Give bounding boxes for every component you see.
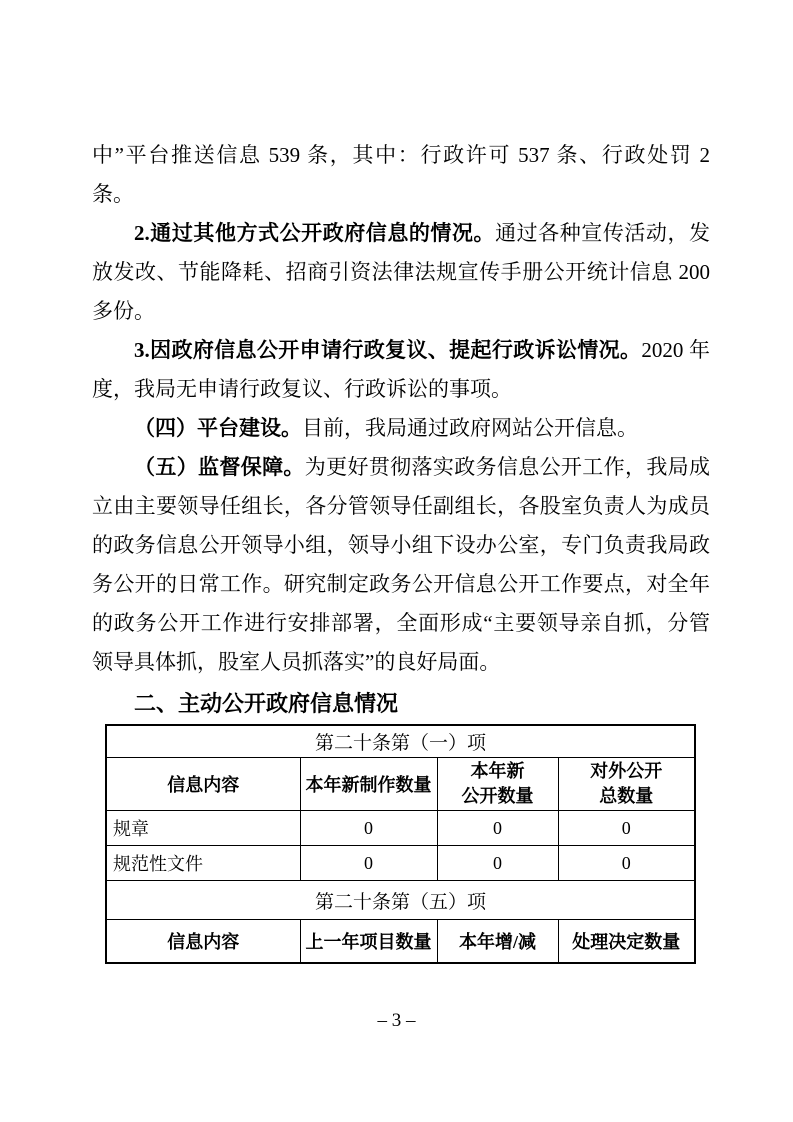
header-line: 对外公开 bbox=[559, 759, 695, 784]
table-header-cell: 本年新 公开数量 bbox=[437, 758, 558, 811]
section1-title-cell: 第二十条第（一）项 bbox=[106, 725, 695, 758]
paragraph-supervision: （五）监督保障。为更好贯彻落实政务信息公开工作，我局成立由主要领导任组长，各分管… bbox=[92, 448, 710, 682]
document-page: 中”平台推送信息 539 条，其中：行政许可 537 条、行政处罚 2 条。 2… bbox=[0, 0, 793, 1122]
table-row: 规章 0 0 0 bbox=[106, 811, 695, 846]
row-label-cell: 规章 bbox=[106, 811, 300, 846]
page-number: – 3 – bbox=[0, 1006, 793, 1036]
table-header-cell: 处理决定数量 bbox=[558, 920, 695, 964]
paragraph-continuation: 中”平台推送信息 539 条，其中：行政许可 537 条、行政处罚 2 条。 bbox=[92, 136, 710, 214]
body-text: 中”平台推送信息 539 条，其中：行政许可 537 条、行政处罚 2 条。 2… bbox=[92, 136, 710, 726]
table-row: 规范性文件 0 0 0 bbox=[106, 846, 695, 881]
header-line: 总数量 bbox=[559, 784, 695, 809]
table-row-section1-title: 第二十条第（一）项 bbox=[106, 725, 695, 758]
table-header-cell: 信息内容 bbox=[106, 920, 300, 964]
paragraph-text: 为更好贯彻落实政务信息公开工作，我局成立由主要领导任组长，各分管领导任副组长，各… bbox=[92, 455, 710, 674]
row-label-cell: 规范性文件 bbox=[106, 846, 300, 881]
value-cell: 0 bbox=[300, 811, 437, 846]
disclosure-stats-table: 第二十条第（一）项 信息内容 本年新制作数量 本年新 公开数量 对外公开 总数量… bbox=[105, 724, 696, 964]
table-row-section2-title: 第二十条第（五）项 bbox=[106, 881, 695, 920]
paragraph-lead: （四）平台建设。 bbox=[134, 416, 302, 440]
table-header-cell: 对外公开 总数量 bbox=[558, 758, 695, 811]
paragraph-review-litigation: 3.因政府信息公开申请行政复议、提起行政诉讼情况。2020 年度，我局无申请行政… bbox=[92, 331, 710, 409]
paragraph-text: 目前，我局通过政府网站公开信息。 bbox=[302, 416, 638, 440]
paragraph-lead: （五）监督保障。 bbox=[134, 455, 305, 479]
header-line: 本年新 bbox=[438, 759, 558, 784]
table-header-cell: 上一年项目数量 bbox=[300, 920, 437, 964]
table-header-cell: 本年新制作数量 bbox=[300, 758, 437, 811]
paragraph-other-channels: 2.通过其他方式公开政府信息的情况。通过各种宣传活动，发放发改、节能降耗、招商引… bbox=[92, 214, 710, 331]
paragraph-lead: 2.通过其他方式公开政府信息的情况。 bbox=[134, 221, 495, 245]
paragraph-text: 中”平台推送信息 539 条，其中：行政许可 537 条、行政处罚 2 条。 bbox=[92, 143, 710, 206]
value-cell: 0 bbox=[437, 811, 558, 846]
table-row-header2: 信息内容 上一年项目数量 本年增/减 处理决定数量 bbox=[106, 920, 695, 964]
header-line: 公开数量 bbox=[438, 784, 558, 809]
table-header-cell: 信息内容 bbox=[106, 758, 300, 811]
paragraph-platform-construction: （四）平台建设。目前，我局通过政府网站公开信息。 bbox=[92, 409, 710, 448]
table-row-header1: 信息内容 本年新制作数量 本年新 公开数量 对外公开 总数量 bbox=[106, 758, 695, 811]
value-cell: 0 bbox=[558, 811, 695, 846]
paragraph-lead: 3.因政府信息公开申请行政复议、提起行政诉讼情况。 bbox=[134, 338, 641, 362]
table-header-cell: 本年增/减 bbox=[437, 920, 558, 964]
section2-title-cell: 第二十条第（五）项 bbox=[106, 881, 695, 920]
section-heading: 二、主动公开政府信息情况 bbox=[92, 682, 710, 726]
value-cell: 0 bbox=[437, 846, 558, 881]
value-cell: 0 bbox=[300, 846, 437, 881]
value-cell: 0 bbox=[558, 846, 695, 881]
